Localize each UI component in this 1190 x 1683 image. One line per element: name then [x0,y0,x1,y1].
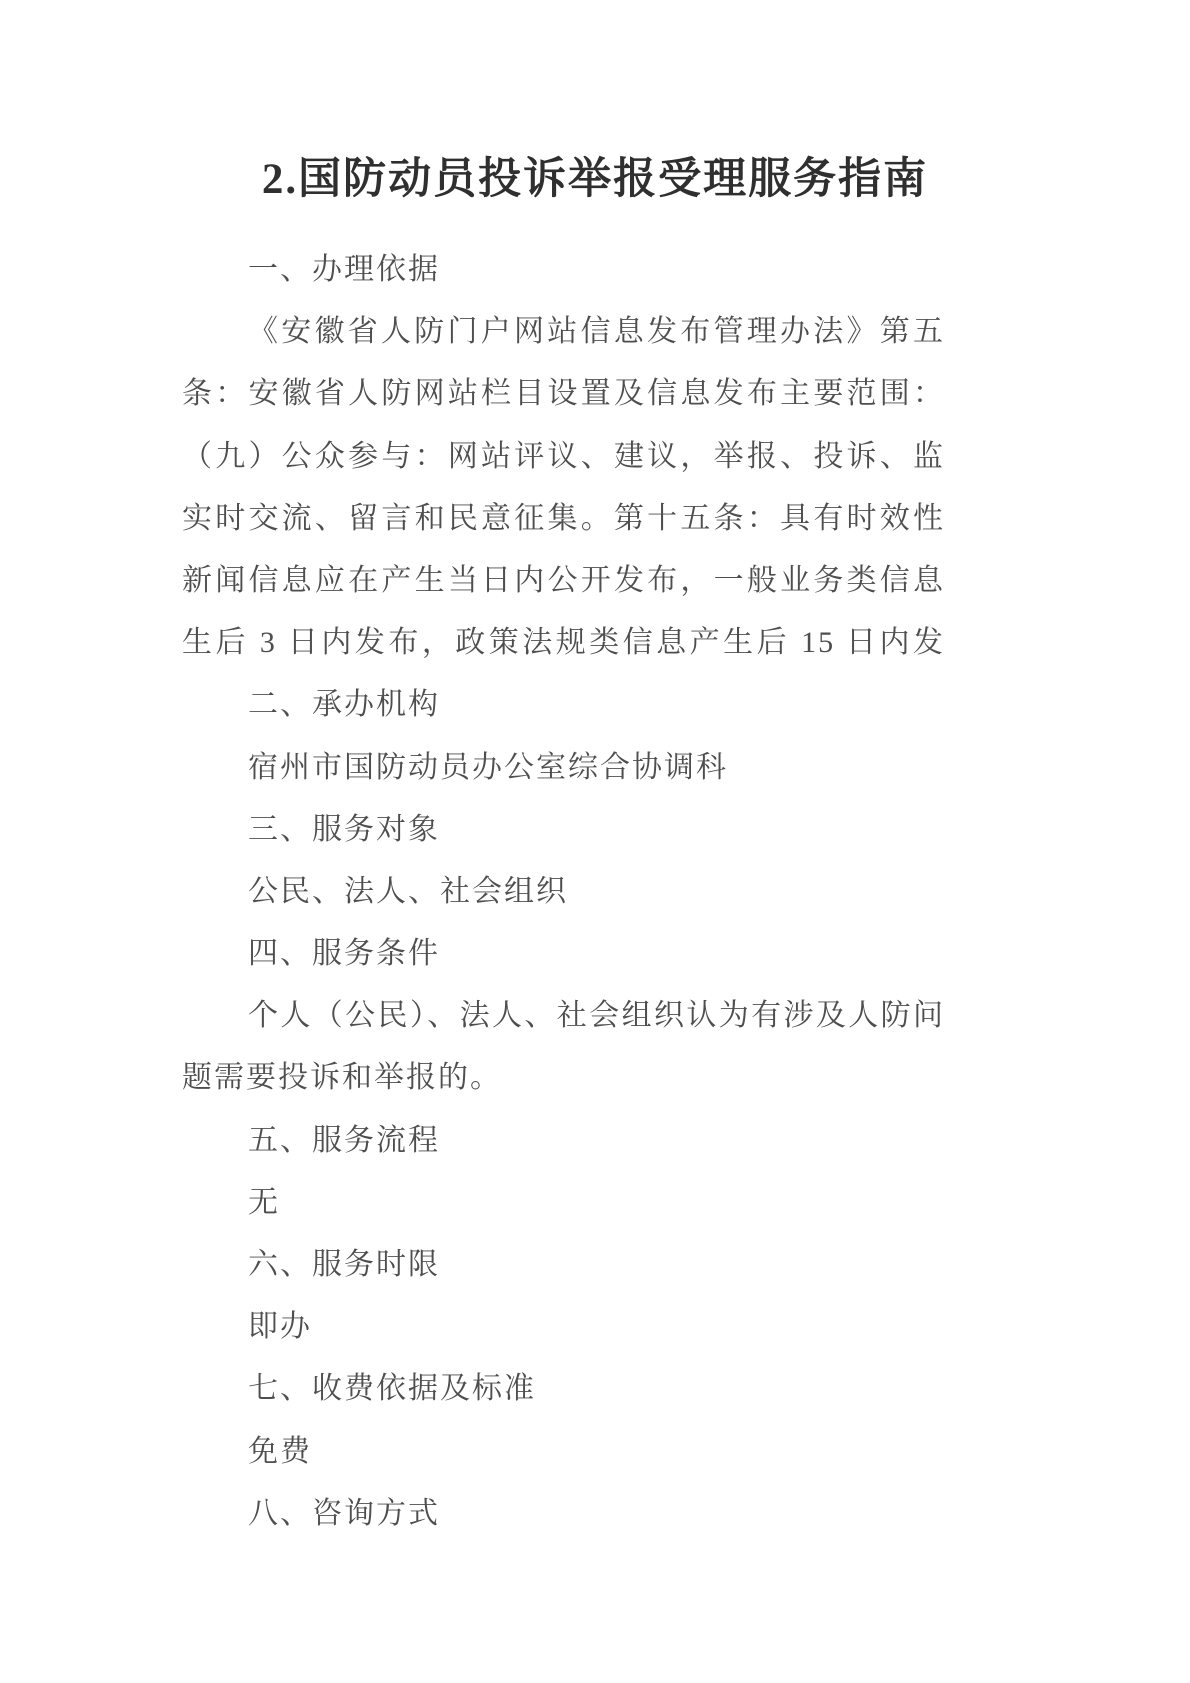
document-page: 2.国防动员投诉举报受理服务指南 一、办理依据《安徽省人防门户网站信息发布管理办… [0,0,1190,1683]
document-line: 免费 [182,1421,945,1483]
paragraph: 五、服务流程 [182,1110,945,1172]
document-body: 一、办理依据《安徽省人防门户网站信息发布管理办法》第五条：安徽省人防网站栏目设置… [182,239,945,1545]
document-line: 三、服务对象 [182,799,945,861]
document-line: 即办 [182,1296,945,1358]
document-line: 实时交流、留言和民意征集。第十五条：具有时效性的 [182,488,945,550]
document-line: 宿州市国防动员办公室综合协调科 [182,737,945,799]
document-line: 一、办理依据 [182,239,945,301]
document-line: 五、服务流程 [182,1110,945,1172]
paragraph: 个人（公民）、法人、社会组织认为有涉及人防问题需要投诉和举报的。 [182,985,945,1109]
paragraph: 七、收费依据及标准 [182,1358,945,1420]
document-line: 七、收费依据及标准 [182,1358,945,1420]
document-line: 生后 3 日内发布，政策法规类信息产生后 15 日内发布。 [182,612,945,674]
paragraph: 八、咨询方式 [182,1483,945,1545]
paragraph: 二、承办机构 [182,674,945,736]
document-line: （九）公众参与：网站评议、建议，举报、投诉、监督， [182,426,945,488]
document-line: 公民、法人、社会组织 [182,861,945,923]
document-title: 2.国防动员投诉举报受理服务指南 [0,149,1190,211]
paragraph: 《安徽省人防门户网站信息发布管理办法》第五条：安徽省人防网站栏目设置及信息发布主… [182,301,945,674]
paragraph: 六、服务时限 [182,1234,945,1296]
document-line: 个人（公民）、法人、社会组织认为有涉及人防问 [182,985,945,1047]
document-line: 条：安徽省人防网站栏目设置及信息发布主要范围： [182,363,945,425]
document-line: 无 [182,1172,945,1234]
paragraph: 三、服务对象 [182,799,945,861]
document-line: 题需要投诉和举报的。 [182,1047,945,1109]
document-line: 《安徽省人防门户网站信息发布管理办法》第五 [182,301,945,363]
paragraph: 无 [182,1172,945,1234]
paragraph: 四、服务条件 [182,923,945,985]
paragraph: 免费 [182,1421,945,1483]
paragraph: 公民、法人、社会组织 [182,861,945,923]
document-line: 新闻信息应在产生当日内公开发布，一般业务类信息产 [182,550,945,612]
document-line: 八、咨询方式 [182,1483,945,1545]
paragraph: 即办 [182,1296,945,1358]
document-line: 二、承办机构 [182,674,945,736]
paragraph: 宿州市国防动员办公室综合协调科 [182,737,945,799]
document-line: 四、服务条件 [182,923,945,985]
paragraph: 一、办理依据 [182,239,945,301]
document-line: 六、服务时限 [182,1234,945,1296]
